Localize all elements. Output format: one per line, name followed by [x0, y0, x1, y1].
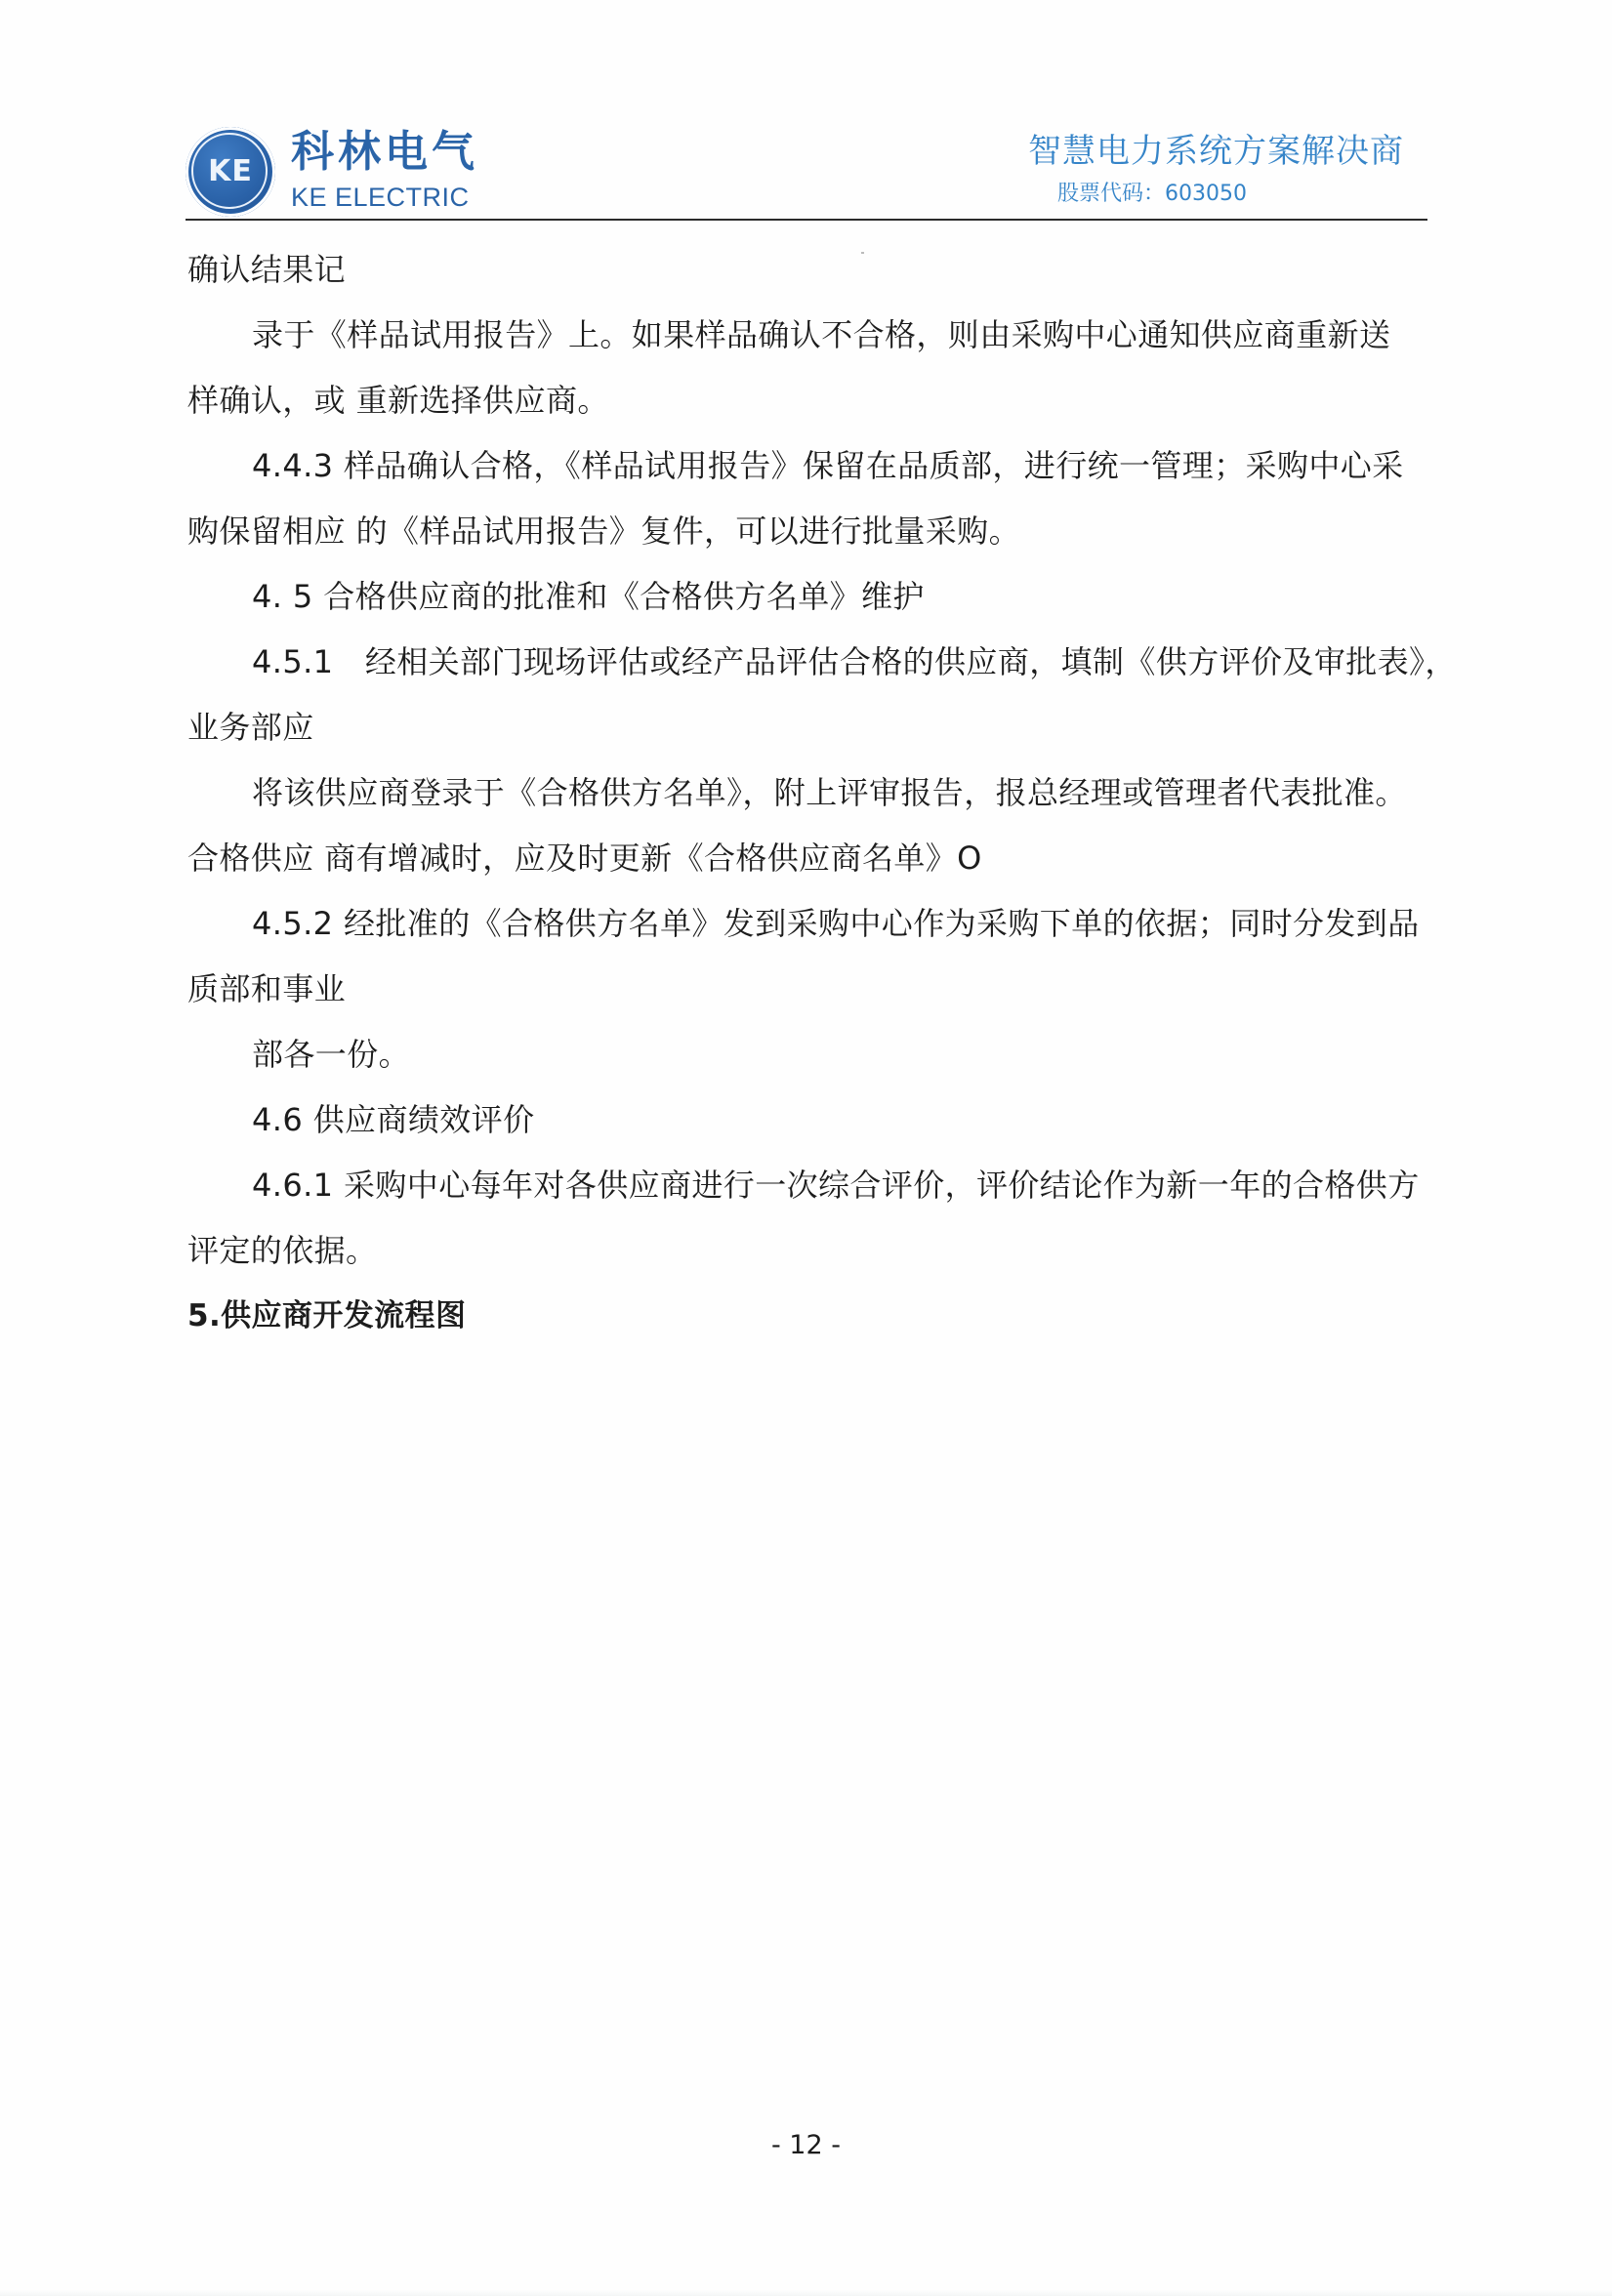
body-line: 确认结果记	[187, 237, 1437, 303]
subsection-heading-4-5: 4. 5 合格供应商的批准和《合格供方名单》维护	[187, 564, 1437, 630]
body-line: 购保留相应 的《样品试用报告》复件，可以进行批量采购。	[187, 499, 1437, 564]
body-line: 录于《样品试用报告》上。如果样品确认不合格，则由采购中心通知供应商重新送	[187, 303, 1437, 368]
body-line: 业务部应	[187, 695, 1437, 760]
body-line: 4.6.1 采购中心每年对各供应商进行一次综合评价，评价结论作为新一年的合格供方	[187, 1153, 1437, 1218]
body-line: 4.4.3 样品确认合格，《样品试用报告》保留在品质部，进行统一管理；采购中心采	[187, 433, 1437, 499]
body-line: 将该供应商登录于《合格供方名单》，附上评审报告，报总经理或管理者代表批准。	[187, 760, 1437, 826]
company-slogan: 智慧电力系统方案解决商	[1028, 131, 1404, 172]
logo-mark: KE	[186, 154, 275, 189]
body-line: 样确认，或 重新选择供应商。	[187, 368, 1437, 433]
page-number: - 12 -	[0, 2128, 1612, 2163]
subsection-heading-4-6: 4.6 供应商绩效评价	[187, 1087, 1437, 1153]
header-divider	[186, 219, 1427, 221]
company-logo-icon: KE	[186, 127, 275, 217]
body-line: 合格供应 商有增减时，应及时更新《合格供应商名单》O	[187, 826, 1437, 891]
brand-name-cn: 科林电气	[291, 127, 478, 178]
stock-code: 股票代码：603050	[1057, 180, 1247, 209]
body-line: 4.5.2 经批准的《合格供方名单》发到采购中心作为采购下单的依据；同时分发到品	[187, 891, 1437, 957]
brand-name-en: KE ELECTRIC	[291, 182, 470, 213]
body-line: 质部和事业	[187, 957, 1437, 1022]
body-line: 4.5.1 经相关部门现场评估或经产品评估合格的供应商，填制《供方评价及审批表》…	[187, 630, 1437, 695]
document-page: KE 科林电气 KE ELECTRIC 智慧电力系统方案解决商 股票代码：603…	[0, 0, 1612, 2296]
document-body: 确认结果记 录于《样品试用报告》上。如果样品确认不合格，则由采购中心通知供应商重…	[187, 237, 1437, 1349]
scan-edge	[0, 2290, 1612, 2296]
page-header: KE 科林电气 KE ELECTRIC 智慧电力系统方案解决商 股票代码：603…	[186, 125, 1427, 221]
section-heading: 5.供应商开发流程图	[187, 1284, 1437, 1349]
body-line: 评定的依据。	[187, 1218, 1437, 1284]
body-line: 部各一份。	[187, 1022, 1437, 1087]
